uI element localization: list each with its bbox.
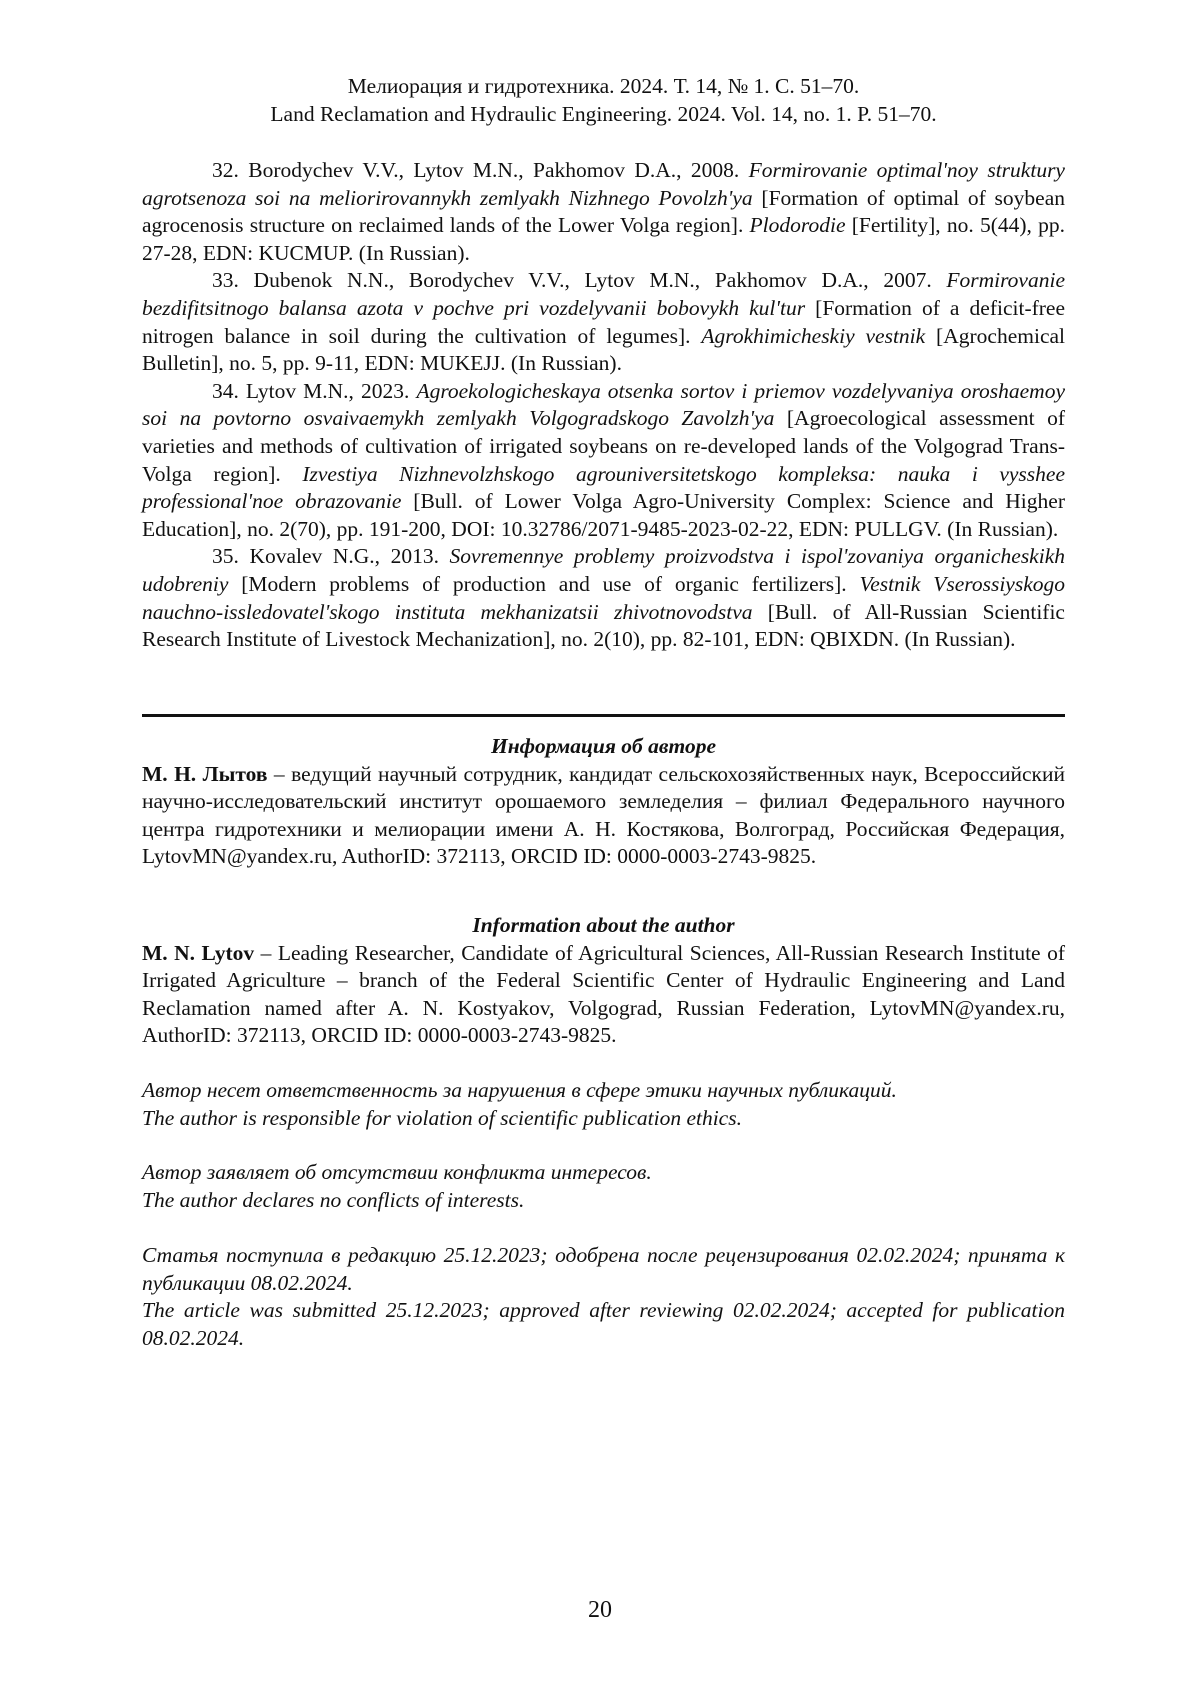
page-number: 20 [0, 1597, 1200, 1624]
reference-item: 32. Borodychev V.V., Lytov M.N., Pakhomo… [142, 157, 1065, 267]
ethics-note: Автор несет ответственность за нарушения… [142, 1077, 1065, 1132]
running-header: Мелиорация и гидротехника. 2024. Т. 14, … [142, 72, 1065, 128]
author-name-en: M. N. Lytov [142, 941, 254, 965]
author-name-ru: М. Н. Лытов [142, 762, 268, 786]
author-info-text-en: M. N. Lytov – Leading Researcher, Candid… [142, 940, 1065, 1050]
author-info-text-ru: М. Н. Лытов – ведущий научный сотрудник,… [142, 761, 1065, 871]
section-divider [142, 714, 1065, 717]
reference-item: 33. Dubenok N.N., Borodychev V.V., Lytov… [142, 267, 1065, 377]
header-en: Land Reclamation and Hydraulic Engineeri… [142, 100, 1065, 128]
conflict-note: Автор заявляет об отсутствии конфликта и… [142, 1159, 1065, 1214]
reference-item: 34. Lytov M.N., 2023. Agroekologicheskay… [142, 378, 1065, 544]
author-info-en: Information about the author M. N. Lytov… [142, 912, 1065, 1050]
header-ru: Мелиорация и гидротехника. 2024. Т. 14, … [142, 72, 1065, 100]
author-info-ru: Информация об авторе М. Н. Лытов – ведущ… [142, 733, 1065, 871]
author-info-heading-en: Information about the author [142, 912, 1065, 940]
reference-list: 32. Borodychev V.V., Lytov M.N., Pakhomo… [142, 157, 1065, 654]
dates-note: Статья поступила в редакцию 25.12.2023; … [142, 1242, 1065, 1352]
author-info-heading-ru: Информация об авторе [142, 733, 1065, 761]
reference-item: 35. Kovalev N.G., 2013. Sovremennye prob… [142, 543, 1065, 653]
